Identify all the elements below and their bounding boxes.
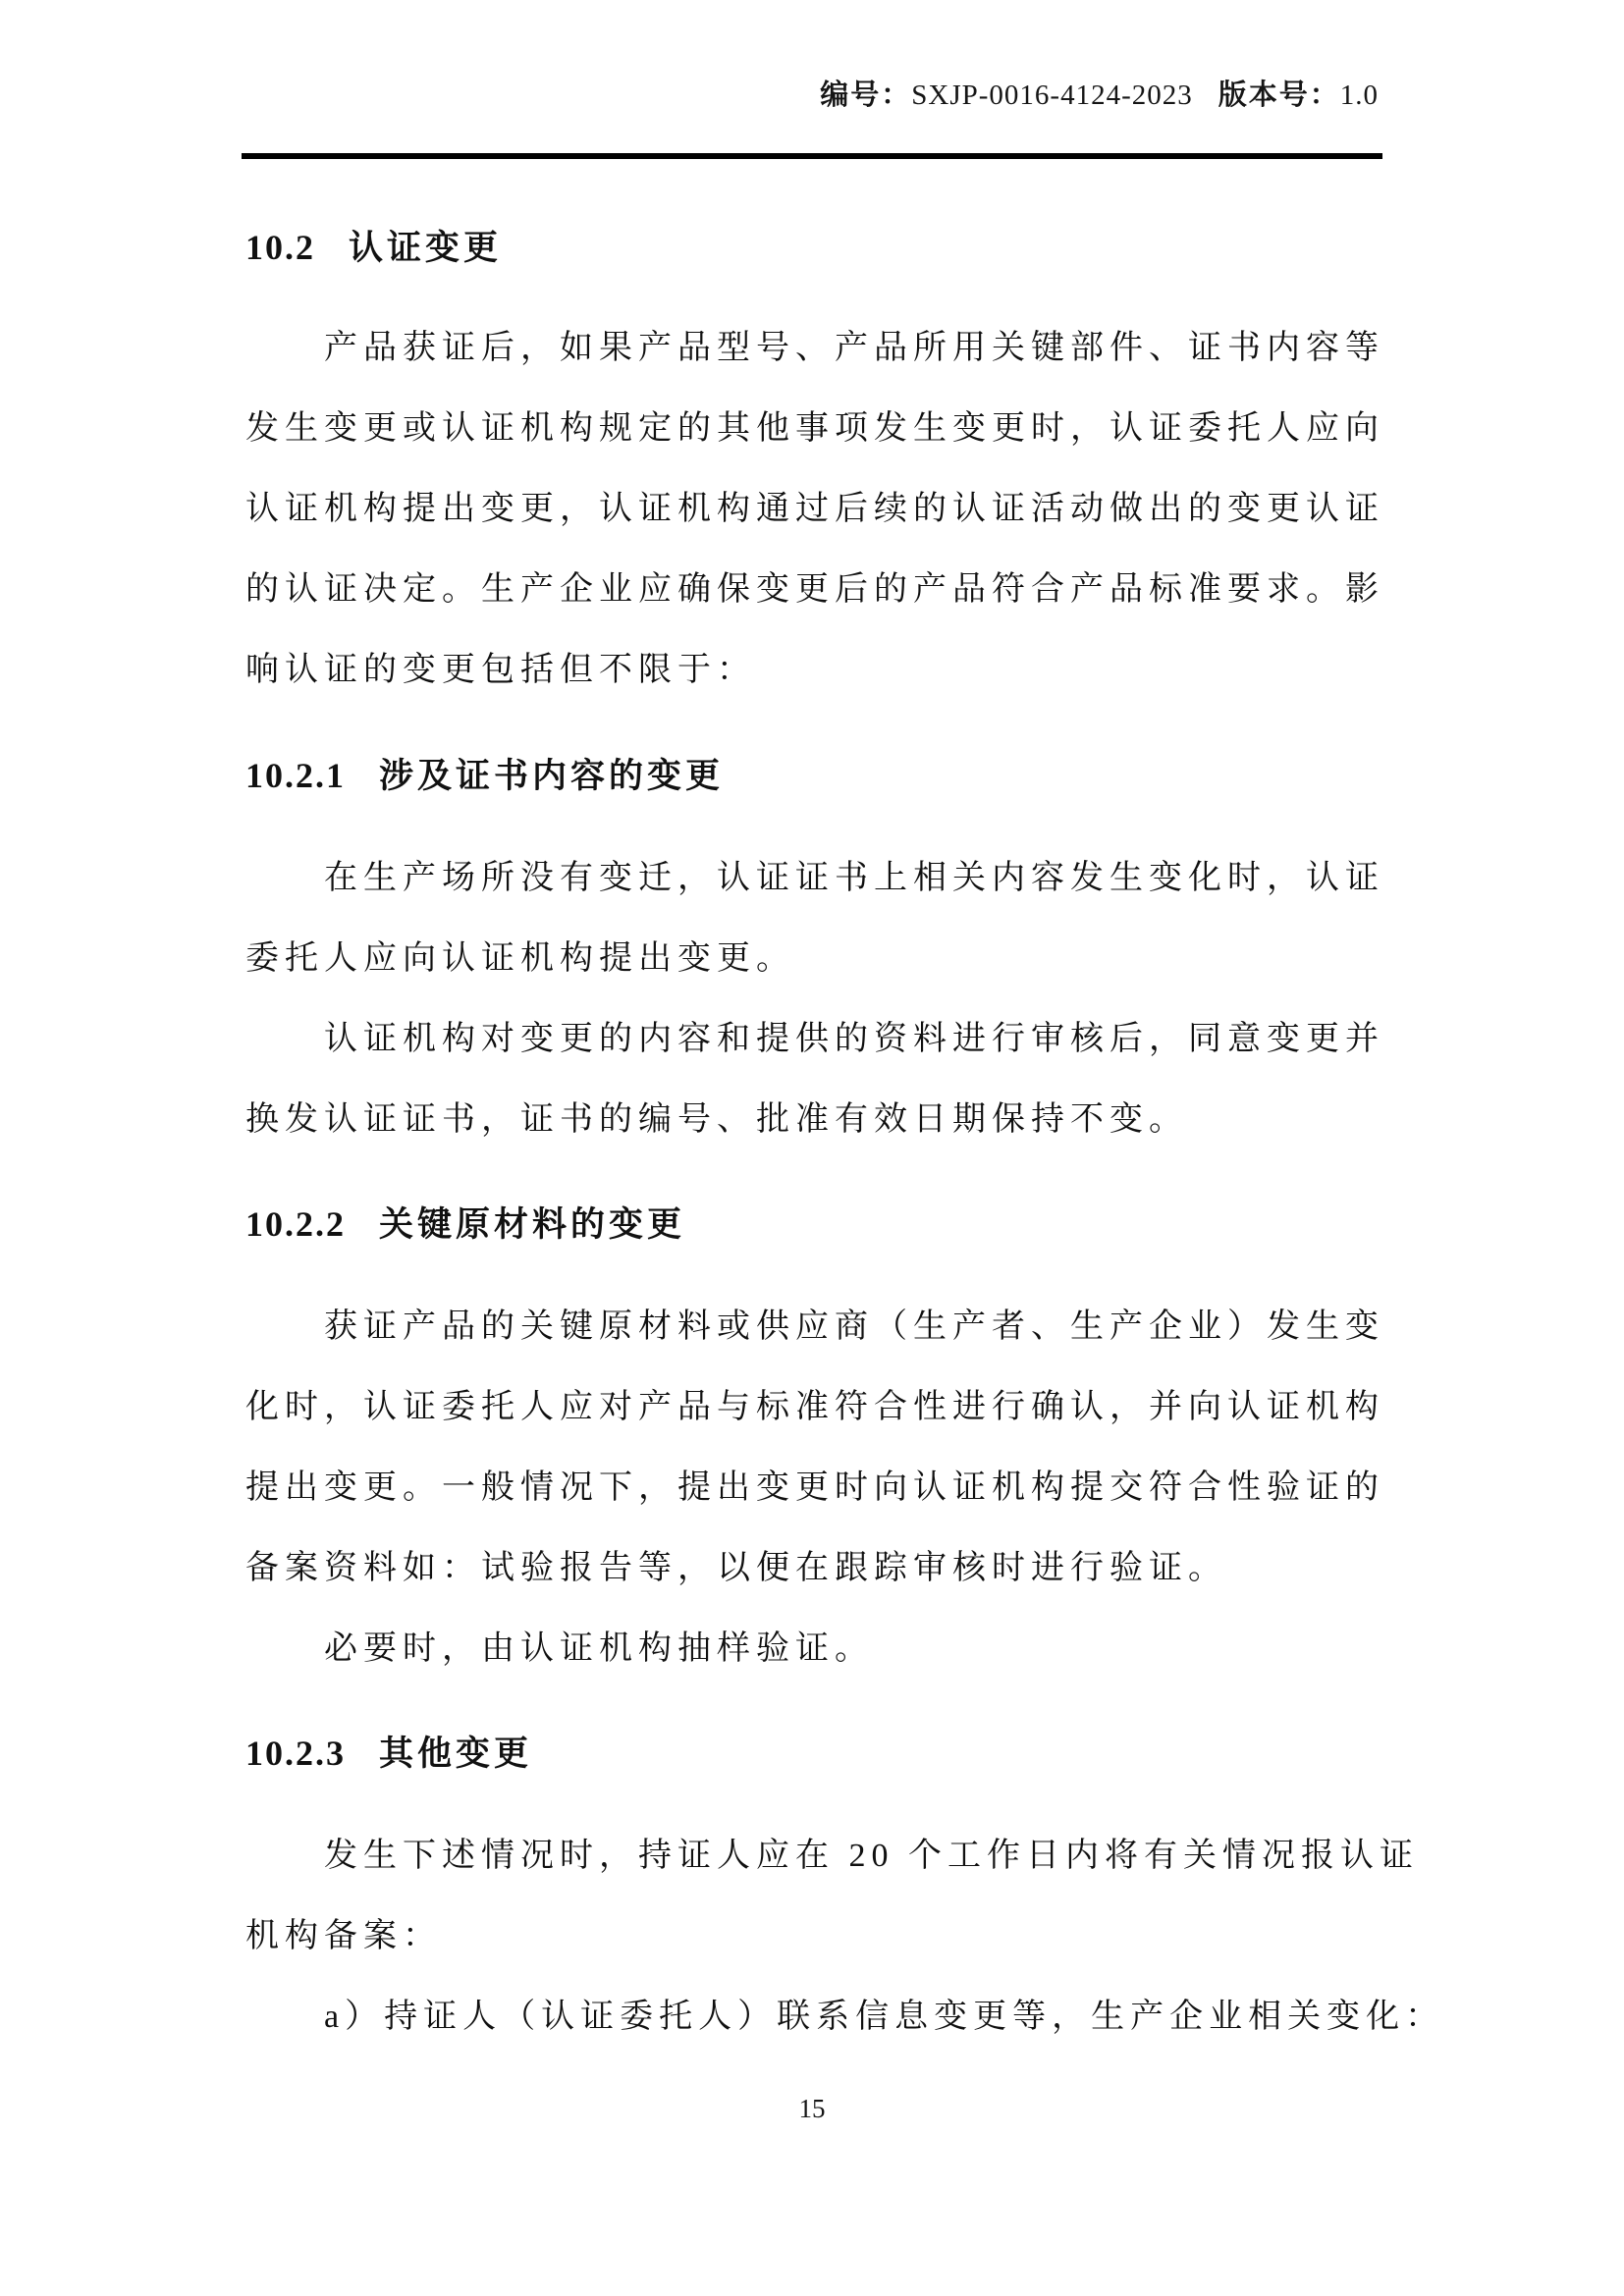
section-title: 认证变更: [349, 229, 502, 267]
text-line: 委托人应向认证机构提出变更。: [245, 919, 1394, 999]
text-line: 的认证决定。生产企业应确保变更后的产品符合产品标准要求。影: [245, 550, 1394, 630]
text-line: 换发认证证书，证书的编号、批准有效日期保持不变。: [245, 1080, 1394, 1160]
section-heading-10-2-3: 10.2.3其他变更: [245, 1713, 532, 1793]
page-number: 15: [0, 2086, 1624, 2131]
text-line: 提出变更。一般情况下，提出变更时向认证机构提交符合性验证的: [245, 1448, 1394, 1528]
text-line: 产品获证后，如果产品型号、产品所用关键部件、证书内容等: [245, 308, 1394, 389]
doc-number-label: 编号：: [820, 80, 911, 111]
header-divider-rule: [242, 153, 1382, 159]
section-10-2-body: 产品获证后，如果产品型号、产品所用关键部件、证书内容等 发生变更或认证机构规定的…: [245, 308, 1394, 711]
text-line: 发生下述情况时，持证人应在 20 个工作日内将有关情况报认证: [245, 1816, 1394, 1896]
section-number: 10.2.1: [245, 756, 346, 795]
text-line: a）持证人（认证委托人）联系信息变更等，生产企业相关变化：: [245, 1977, 1394, 2057]
doc-number-value: SXJP-0016-4124-2023: [911, 80, 1192, 111]
document-page: 编号：SXJP-0016-4124-2023版本号：1.0 10.2认证变更 产…: [0, 0, 1624, 2296]
section-title: 其他变更: [379, 1735, 532, 1773]
text-line: 认证机构提出变更，认证机构通过后续的认证活动做出的变更认证: [245, 469, 1394, 550]
section-number: 10.2.3: [245, 1734, 346, 1773]
doc-version-value: 1.0: [1340, 80, 1379, 111]
text-line: 必要时，由认证机构抽样验证。: [245, 1609, 1394, 1689]
document-header: 编号：SXJP-0016-4124-2023版本号：1.0: [820, 73, 1379, 113]
section-heading-10-2-1: 10.2.1涉及证书内容的变更: [245, 735, 724, 816]
section-heading-10-2-2: 10.2.2关键原材料的变更: [245, 1184, 685, 1264]
section-heading-10-2: 10.2认证变更: [245, 207, 502, 288]
text-line: 发生变更或认证机构规定的其他事项发生变更时，认证委托人应向: [245, 389, 1394, 469]
text-line: 在生产场所没有变迁，认证证书上相关内容发生变化时，认证: [245, 838, 1394, 919]
section-number: 10.2: [245, 228, 315, 267]
text-line: 响认证的变更包括但不限于：: [245, 630, 1394, 711]
doc-version-label: 版本号：: [1218, 80, 1340, 111]
section-10-2-2-body: 获证产品的关键原材料或供应商（生产者、生产企业）发生变 化时，认证委托人应对产品…: [245, 1287, 1394, 1689]
section-title: 涉及证书内容的变更: [379, 757, 724, 795]
section-number: 10.2.2: [245, 1204, 346, 1244]
section-10-2-1-body: 在生产场所没有变迁，认证证书上相关内容发生变化时，认证 委托人应向认证机构提出变…: [245, 838, 1394, 1160]
text-line: 认证机构对变更的内容和提供的资料进行审核后，同意变更并: [245, 999, 1394, 1080]
text-line: 获证产品的关键原材料或供应商（生产者、生产企业）发生变: [245, 1287, 1394, 1367]
text-line: 化时，认证委托人应对产品与标准符合性进行确认，并向认证机构: [245, 1367, 1394, 1448]
section-title: 关键原材料的变更: [379, 1205, 685, 1244]
section-10-2-3-body: 发生下述情况时，持证人应在 20 个工作日内将有关情况报认证 机构备案： a）持…: [245, 1816, 1394, 2057]
text-line: 备案资料如：试验报告等，以便在跟踪审核时进行验证。: [245, 1528, 1394, 1609]
text-line: 机构备案：: [245, 1896, 1394, 1977]
